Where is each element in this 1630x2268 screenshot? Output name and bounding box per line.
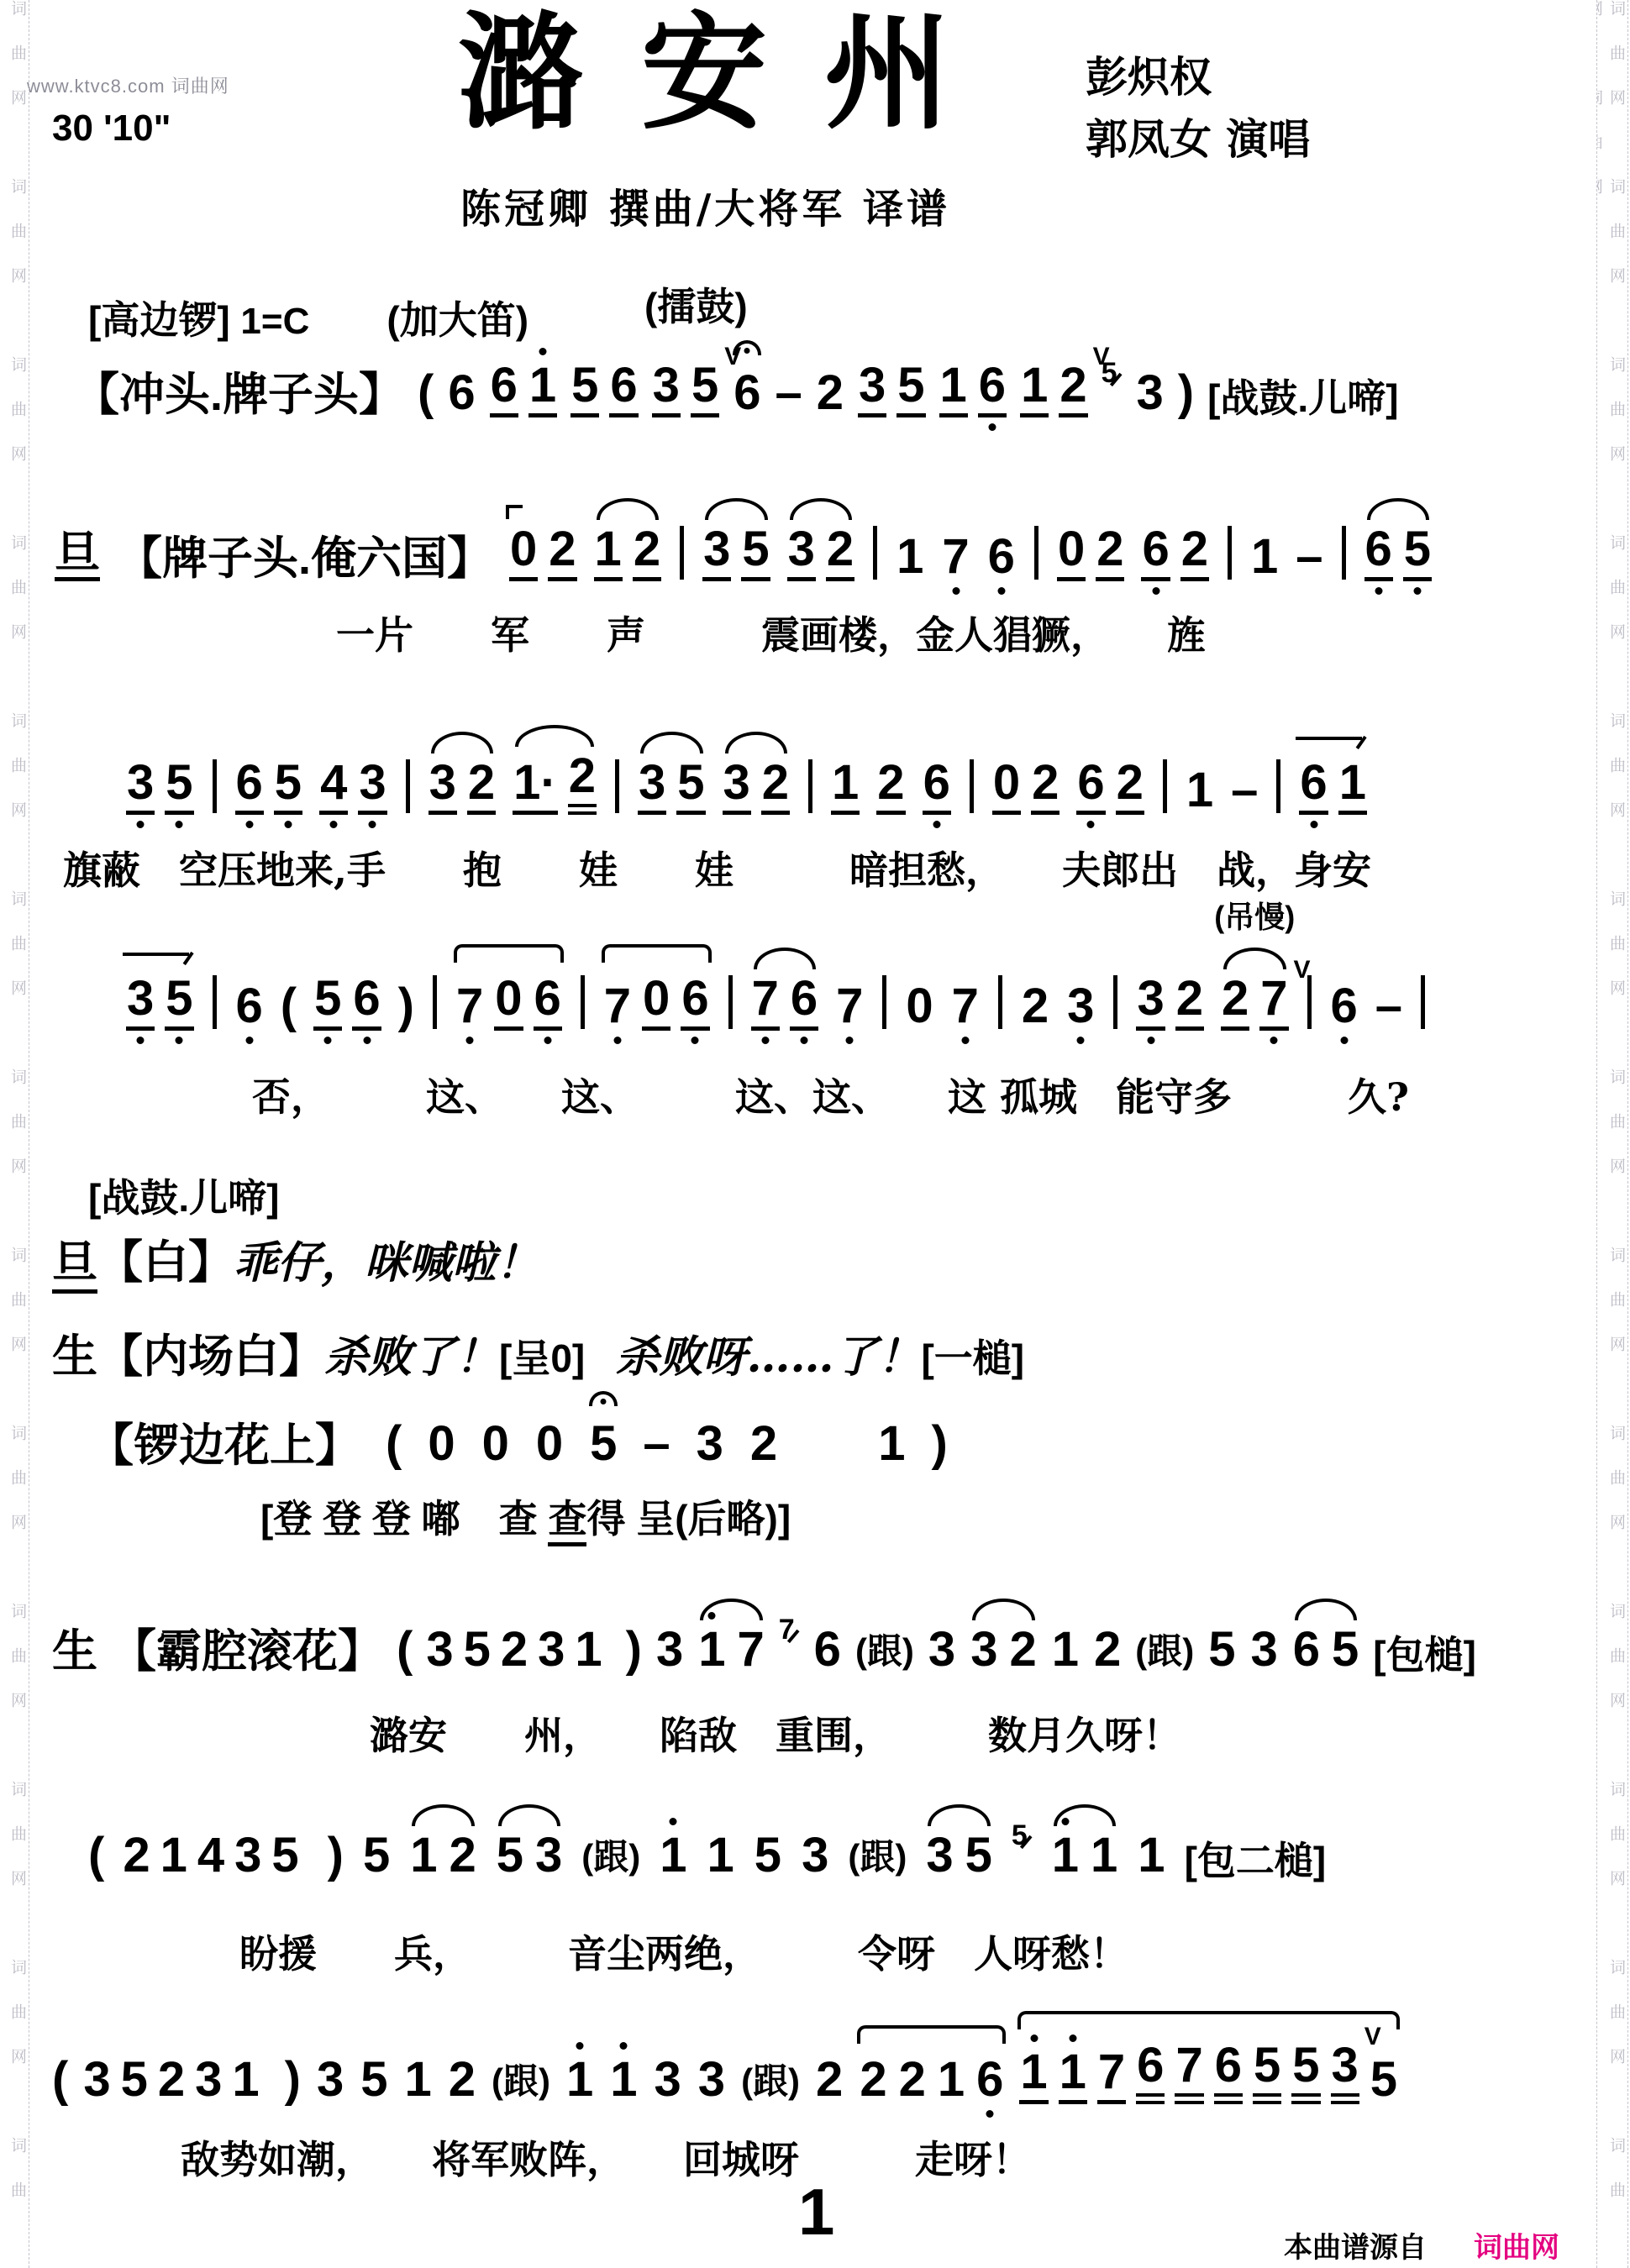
note-group: 35 [126,759,194,815]
note: 2 [761,759,790,815]
note-glyph: 7 [603,982,632,1031]
note-glyph: 6 [235,759,264,815]
note: 7 [1097,2048,1126,2104]
note-glyph: 6 [1299,759,1328,815]
breath-mark-icon: V [1364,2024,1381,2050]
note-glyph: 5 [1331,1625,1359,1674]
note-glyph: 3 [858,361,886,417]
note-glyph: 1 [707,1831,735,1880]
note: 3 [534,1831,563,1880]
lyrics-2: 旗蔽 空压地来,手 抱 娃 娃 暗担愁， 夫郎出 战，身安 [63,840,1371,895]
note: 2V [1059,361,1087,417]
annotation-text: ) [931,1420,947,1468]
note: 6 [490,361,518,417]
note: 3 [1066,982,1095,1031]
note: 6 [1330,982,1359,1031]
note-group: 16 [939,361,1007,417]
note: 3 [858,361,886,417]
note-glyph: 7 [835,982,864,1031]
vocal-line-3: 356(56)706706767072332(吊慢)27V6– [126,974,1427,1031]
note-glyph: 6 [975,2055,1004,2104]
note-glyph: 6 [733,369,761,417]
grace-note: 5 [1012,1821,1033,1851]
vocal-line-1: 旦【牌子头.俺六国】0212353217602621–65 [55,525,1432,581]
note: 6 [923,759,951,815]
note: 6 [1214,2041,1243,2104]
text-segment: 旦 [52,1237,97,1294]
note-glyph: 7 [736,1625,765,1674]
note-group: 2216 [859,2055,1004,2104]
note: 6 [352,974,381,1031]
note-glyph: 6 [534,974,562,1031]
note-group: 117676553V5 [1019,2041,1398,2104]
note-glyph: 1 [877,1420,906,1468]
gong-line: [高边锣] 1=C (加大笛) (擂鼓) [88,290,748,345]
note: 1 [609,2055,638,2104]
note-glyph: 2 [448,2055,476,2104]
note: 3 [1250,1625,1279,1674]
barline [213,759,217,813]
note: 3 [928,1625,956,1674]
annotation-text: [包二槌] [1185,1841,1327,1880]
top-watermark: www.ktvc8.com 词曲网 [27,72,229,98]
dash-note: – [1375,982,1402,1031]
note: 1 [1137,1831,1165,1880]
note-glyph: 2 [1221,974,1249,1031]
note: 5 [1207,1625,1236,1674]
annotation-text: ( [88,1831,104,1880]
note-glyph: 5 [1207,1625,1236,1674]
note-group: 12V [1020,361,1088,417]
annotation-text: ) [398,982,414,1031]
note-glyph: 3 [655,1625,684,1674]
left-watermark-column: 词曲网 词曲网 词曲网 词曲网 词曲网 词曲网 词曲网 词曲网 词曲网 词曲网 … [3,0,29,2268]
note: 0 [509,525,538,581]
note: 0 [1057,525,1086,581]
annotation-text: [战鼓.儿啼] [1207,379,1398,417]
barline [998,975,1002,1029]
note-glyph: 5 [1291,2041,1320,2104]
note: 1 [1020,361,1049,417]
note-glyph: 1 [1051,1831,1080,1880]
note-glyph: 3 [723,759,751,815]
note: 1 [1019,2048,1048,2104]
note-glyph: 7 [1259,974,1288,1031]
note: 1 [1059,2048,1087,2104]
note: 1 [697,1625,726,1674]
note-glyph: 1 [1090,1831,1118,1880]
barline [1228,526,1232,580]
barline [1113,975,1117,1029]
note: 3 [654,2055,682,2104]
note-glyph: 3 [358,759,386,815]
text-segment: 【内场白】 [97,1331,324,1382]
note: 6 [1292,1625,1321,1674]
annotation-text: ( [418,369,434,417]
note-glyph: 2 [448,1831,476,1880]
note: 3 [787,525,816,581]
note: 5 [589,1420,618,1468]
luobian-line: 【锣边花上】(0005–32 1) [88,1420,948,1468]
source-brand-link[interactable]: 词曲网 [1474,2232,1559,2264]
annotation-text: ( [386,1420,402,1468]
note-glyph: 6 [490,361,518,417]
note-glyph: 1· [513,759,558,815]
note-glyph: 0 [992,759,1021,815]
note: 1 [1338,759,1367,815]
note-glyph: 7 [951,982,980,1031]
note-glyph: 7 [1175,2041,1203,2104]
note-group: 12 [409,1831,477,1880]
note-glyph: 0 [535,1420,564,1468]
annotation-text: ) [1178,369,1194,417]
note-group: 56 [570,361,639,417]
note: 6 [235,759,264,815]
note-group: 02 [1057,525,1125,581]
text-segment: [一槌] [921,1336,1024,1380]
note: 5 [965,1831,993,1880]
text-segment: [战鼓.儿啼] [88,1176,279,1220]
note: 2 [859,2055,887,2104]
note-glyph: 6 [681,974,709,1031]
note-glyph: 3 [1250,1625,1279,1674]
annotation-text: ( [52,2055,68,2104]
note: 7 [951,982,980,1031]
note: 6 [681,974,709,1031]
note-group: 32 [429,759,497,815]
note: 6 [1076,759,1105,815]
note-glyph: 0 [905,982,933,1031]
note-glyph: 7 [1097,2048,1126,2104]
annotation-text: (跟) [581,1840,640,1880]
note-glyph: 3 [316,2055,344,2104]
note: 5 [360,2055,388,2104]
note-glyph: 1 [939,361,968,417]
note-glyph: 2 [749,1420,778,1468]
note-glyph: 7 [751,974,780,1031]
note-glyph: 5 [496,1831,524,1880]
note: 2 [1021,982,1049,1031]
annotation-text [803,1420,852,1468]
note: 2 [548,525,576,581]
dash-note: – [1296,533,1322,581]
barline [213,975,217,1029]
note: 2 [876,759,905,815]
note-glyph: 2 [1021,982,1049,1031]
note-glyph: 6 [609,361,638,417]
note-glyph: 1 [409,1831,438,1880]
note-glyph: 1 [1186,766,1214,815]
note: 1 [877,1420,906,1468]
note-glyph: 2 [761,759,790,815]
intro-line: 【冲头.牌子头】(6615635V6–2351612V53)[战鼓.儿啼] [74,361,1399,417]
note-glyph: 2 [548,525,576,581]
note: 3 [429,759,457,815]
note-group: 12 [594,525,662,581]
note: 3 [801,1831,829,1880]
note: 2 [1175,974,1204,1031]
note-group: 35 [858,361,926,417]
note: 3 [652,361,681,417]
note: 2 [1093,1625,1122,1674]
note-glyph: 3 [652,361,681,417]
note-group: 56 [313,974,381,1031]
note-glyph: 2 [633,525,661,581]
note-group: 35V [652,361,720,417]
note-glyph: 0 [481,1420,510,1468]
note: 7 [941,533,970,581]
note-glyph: 3 [1136,369,1165,417]
annotation-text: (跟) [848,1840,907,1880]
text-segment: 【白】 [97,1237,234,1288]
note: 7 [835,982,864,1031]
note-glyph: 5 [1370,2055,1398,2104]
note-glyph: 2 [467,759,496,815]
note-group: 61 [490,361,558,417]
note-group: 17 [697,1625,765,1674]
note-glyph: 2 [1031,759,1059,815]
note-group: 76 [751,974,819,1031]
note: 0 [481,1420,510,1468]
note: 3 [702,525,731,581]
note: 5 [741,525,770,581]
note: 5 [496,1831,524,1880]
note: 5 [165,759,193,815]
performer-1: 彭炽权 [1086,44,1212,104]
note-glyph: 6 [447,369,476,417]
note-group: 65 [1292,1625,1360,1674]
note: 1 [1250,533,1279,581]
note-glyph: 1 [1250,533,1279,581]
barline [1163,759,1167,813]
note-glyph: 6 [1076,759,1105,815]
lyrics-3: 否， 这、 这、 这、这、 这 孤城 能守多 久? [252,1067,1409,1122]
note-glyph: 0 [642,974,670,1031]
annotation-text: 35231 [83,2055,269,2104]
note: 1 [409,1831,438,1880]
note-glyph: 6 [1330,982,1359,1031]
note-glyph: 6 [790,974,818,1031]
barline [680,526,684,580]
note-glyph: 2 [876,759,905,815]
note-glyph: 1 [594,525,623,581]
speech-sheng: 生【内场白】杀败了！[呈0] 杀败呀……了！[一槌] [52,1320,1024,1385]
note: 6 [975,2055,1004,2104]
vocal-line-2: 356543321·2353212602621–61 [126,752,1367,815]
barline [1421,975,1425,1029]
dash-note: – [775,369,802,417]
note-glyph: 2 [859,2055,887,2104]
note-glyph: 5 [362,1831,391,1880]
note: 3 [925,1831,954,1880]
barline [728,975,733,1029]
note-glyph: 3 [638,759,666,815]
note: 1 [896,533,924,581]
dishi-line: (35231)3512(跟)1133(跟)22216117676553V5 [52,2041,1398,2104]
note-glyph: 1 [609,2055,638,2104]
note-glyph: 2 [816,369,844,417]
note-glyph: 1 [659,1831,687,1880]
page-title: 潞安州 [458,10,1007,136]
score-page: www.ktvc8.com 词曲网 30 '10" 潞安州 彭炽权 郭凤女 演唱… [0,0,1630,2268]
page-number: 1 [798,2174,834,2250]
note: 3 [638,759,666,815]
panyuan-line: (21435)51253(跟)1153(跟)355111[包二槌] [88,1831,1326,1880]
note-glyph: 5 [691,361,719,417]
note-group: 35 [126,974,194,1031]
grace-note: 5 [1102,359,1123,389]
note-glyph: 7 [941,533,970,581]
note-glyph: 5 [570,361,599,417]
note-glyph: 3 [429,759,457,815]
note-group: 1·2 [513,752,597,815]
note: 1 [707,1831,735,1880]
note: 0 [535,1420,564,1468]
annotation-text: (跟) [492,2064,550,2104]
text-segment: 1=C [240,301,309,342]
note: 3 [723,759,751,815]
note-glyph: 3 [696,1420,724,1468]
note: 6 [235,982,264,1031]
note: 5 [570,361,599,417]
note-group: 43 [319,759,387,815]
note: 4 [319,759,348,815]
note: 7 [736,1625,765,1674]
note-glyph: 2 [1175,974,1204,1031]
annotation-text: 21435 [123,1831,308,1880]
note-group: 65 [1364,525,1433,581]
note-glyph: 6 [1136,2041,1165,2104]
note-glyph: 3 [928,1625,956,1674]
note-glyph: 3 [970,1625,998,1674]
dash-note: – [643,1420,670,1468]
note: 1 [937,2055,965,2104]
note-glyph: 2 [1096,525,1124,581]
note-group: 62 [1076,759,1144,815]
note: 0 [992,759,1021,815]
note: 7 [455,982,484,1031]
note: 5 [676,759,705,815]
note: 1· [513,759,558,815]
note-glyph: 1 [528,361,557,417]
note-group: 65 [235,759,303,815]
note: 3 [655,1625,684,1674]
barline [808,759,812,813]
annotation-text: ( [397,1625,413,1674]
note-group: 61 [1299,759,1367,815]
note: 6 [1141,525,1170,581]
annotation-text: 35231 [426,1625,612,1674]
note-group: 706 [603,974,710,1031]
lyrics-4: 潞安 州， 陷敌 重围， 数月久呀！ [370,1705,1181,1761]
note-group: 35 [702,525,770,581]
note: 5 [274,759,302,815]
note: 7V [1259,974,1288,1031]
dash-note: – [1231,766,1258,815]
annotation-text: ) [328,1831,344,1880]
note: 1 [403,2055,432,2104]
note: 2 [815,2055,844,2104]
note: 1 [1186,766,1214,815]
note: 5V [691,361,719,417]
note-glyph: 3 [1066,982,1095,1031]
note: 0 [427,1420,455,1468]
note-glyph: 5 [965,1831,993,1880]
note: 6 [790,974,818,1031]
note: 2 [1008,1625,1037,1674]
note: 2 [826,525,854,581]
note-glyph: 5 [896,361,925,417]
annotation-text: (跟) [855,1634,914,1674]
note-glyph: 1 [1338,759,1367,815]
note: 6 [987,533,1016,581]
note-glyph: 2 [1093,1625,1122,1674]
note-group: 02 [992,759,1060,815]
note-glyph: 1 [565,2055,594,2104]
note: 5 [1253,2041,1281,2104]
note-glyph: 5 [165,974,193,1031]
note-glyph: 6 [987,533,1016,581]
lyrics-6: 敌势如潮， 将军败阵， 回城呀 走呀！ [181,2129,1031,2185]
note: 0 [905,982,933,1031]
deng-cue: [登 登 登 嘟 查 查得 呈(后略)] [260,1488,791,1544]
section-label: 【冲头.牌子头】 [74,372,404,417]
right-watermark-column: 词曲网 词曲网 词曲网 词曲网 词曲网 词曲网 词曲网 词曲网 词曲网 词曲网 … [1596,0,1628,2268]
note-glyph: 6 [1364,525,1393,581]
note: 3 [126,974,155,1031]
text-segment: [呈0] [499,1336,585,1380]
breath-mark-icon: V [1293,958,1310,983]
note: 1 [528,361,557,417]
text-segment: (加大笛) [309,298,528,342]
tempo-annotation: (吊慢) [1214,902,1295,932]
note-glyph: 1 [896,533,924,581]
note: 5 [1403,525,1432,581]
note-glyph: 2 [1116,759,1144,815]
note-glyph: 2 [1008,1625,1037,1674]
lyrics-5: 盼援 兵， 音尘两绝， 令呀 人呀愁！ [239,1924,1128,1979]
note: 2 [1031,759,1059,815]
barline [882,975,886,1029]
note-group: 706 [455,974,562,1031]
note-glyph: 2 [1059,361,1087,417]
source-credit: 本曲谱源自词曲网 [1284,2224,1559,2265]
note: 2 [1096,525,1124,581]
note-glyph: 1 [1051,1625,1080,1674]
annotation-text: (跟) [1135,1634,1194,1674]
note: 7 [603,982,632,1031]
note: 2 [633,525,661,581]
note-glyph: 5 [741,525,770,581]
note-glyph: 6 [813,1625,842,1674]
note-glyph: 5 [754,1831,782,1880]
note-glyph: 1 [1019,2048,1048,2104]
note-glyph: 0 [1057,525,1086,581]
annotation-text: (跟) [741,2064,800,2104]
source-prefix: 本曲谱源自 [1284,2232,1427,2264]
note-glyph: 1 [1137,1831,1165,1880]
note-group: 53 [496,1831,564,1880]
barline [615,759,619,813]
note-group: (吊慢)27V [1221,974,1289,1031]
note: 1 [1090,1831,1118,1880]
note: 3 [358,759,386,815]
note: 7 [1175,2041,1203,2104]
note: 6 [733,369,761,417]
note: 5 [1370,2055,1398,2104]
note: 1 [659,1831,687,1880]
note: 5 [1291,2041,1320,2104]
